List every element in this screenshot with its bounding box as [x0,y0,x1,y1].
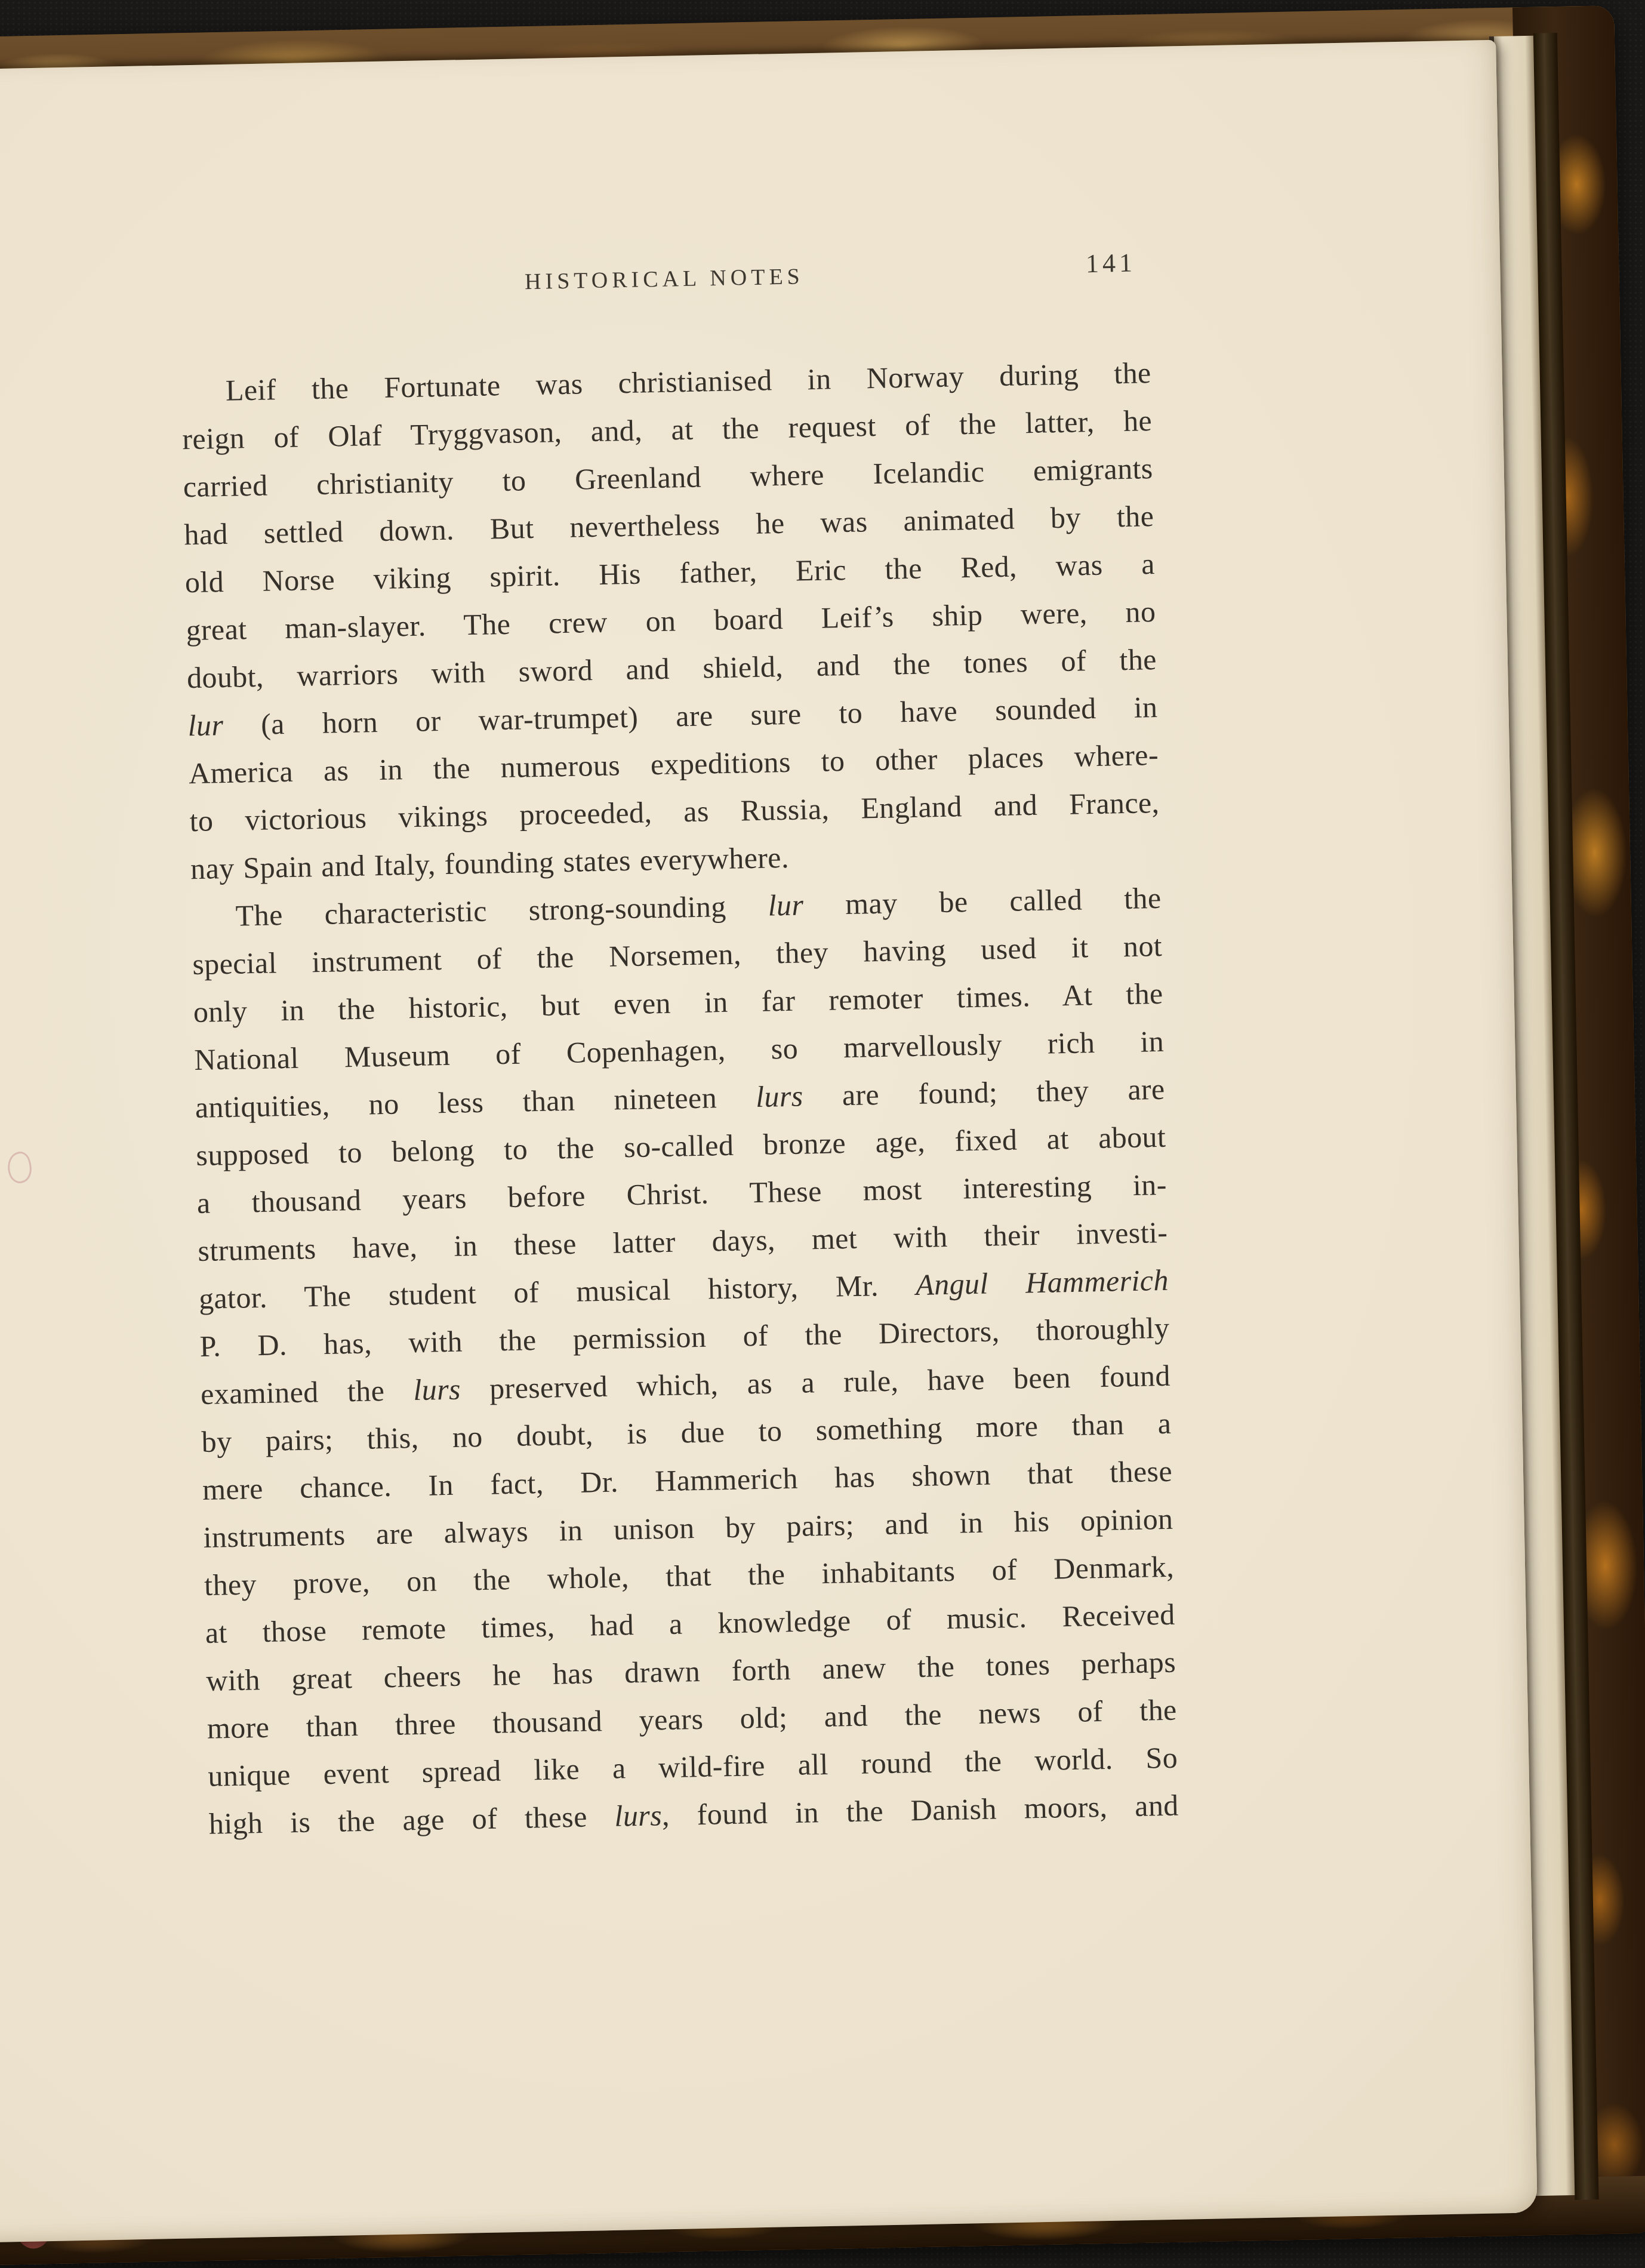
italic-term: Angul Hammerich [916,1263,1169,1301]
page-body: Leif the Fortunate was christianised in … [181,349,1179,1848]
text-segment: nay Spain and Italy, founding states eve… [190,841,790,885]
text-segment: antiquities, no less than nineteen [195,1080,756,1124]
italic-term: lurs [756,1079,803,1114]
italic-term: lur [768,888,804,922]
italic-term: lurs [614,1798,662,1833]
page-number: 141 [1086,248,1136,279]
book: HISTORICAL NOTES 141 Leif the Fortunate … [0,5,1645,2266]
scanned-book-photo: { "page": { "header": { "title": "HISTOR… [0,0,1645,2268]
text-segment: gator. The student of musical history, M… [199,1268,916,1315]
text-segment: , found in the Danish moors, and [661,1789,1179,1832]
text-segment: are found; they are [803,1072,1165,1113]
text-segment: The characteristic strong-sounding [235,889,768,933]
italic-term: lurs [413,1373,461,1407]
book-page: HISTORICAL NOTES 141 Leif the Fortunate … [0,40,1538,2243]
pink-ink-smudge [4,1150,35,1186]
text-segment: may be called the [803,881,1162,921]
text-segment: preserved which, as a rule, have been fo… [460,1359,1170,1406]
text-segment: high is the age of these [208,1799,615,1841]
page-title: HISTORICAL NOTES [179,257,1150,301]
text-segment: examined the [201,1373,414,1411]
italic-term: lur [187,708,224,742]
running-header: HISTORICAL NOTES 141 [179,257,1150,309]
